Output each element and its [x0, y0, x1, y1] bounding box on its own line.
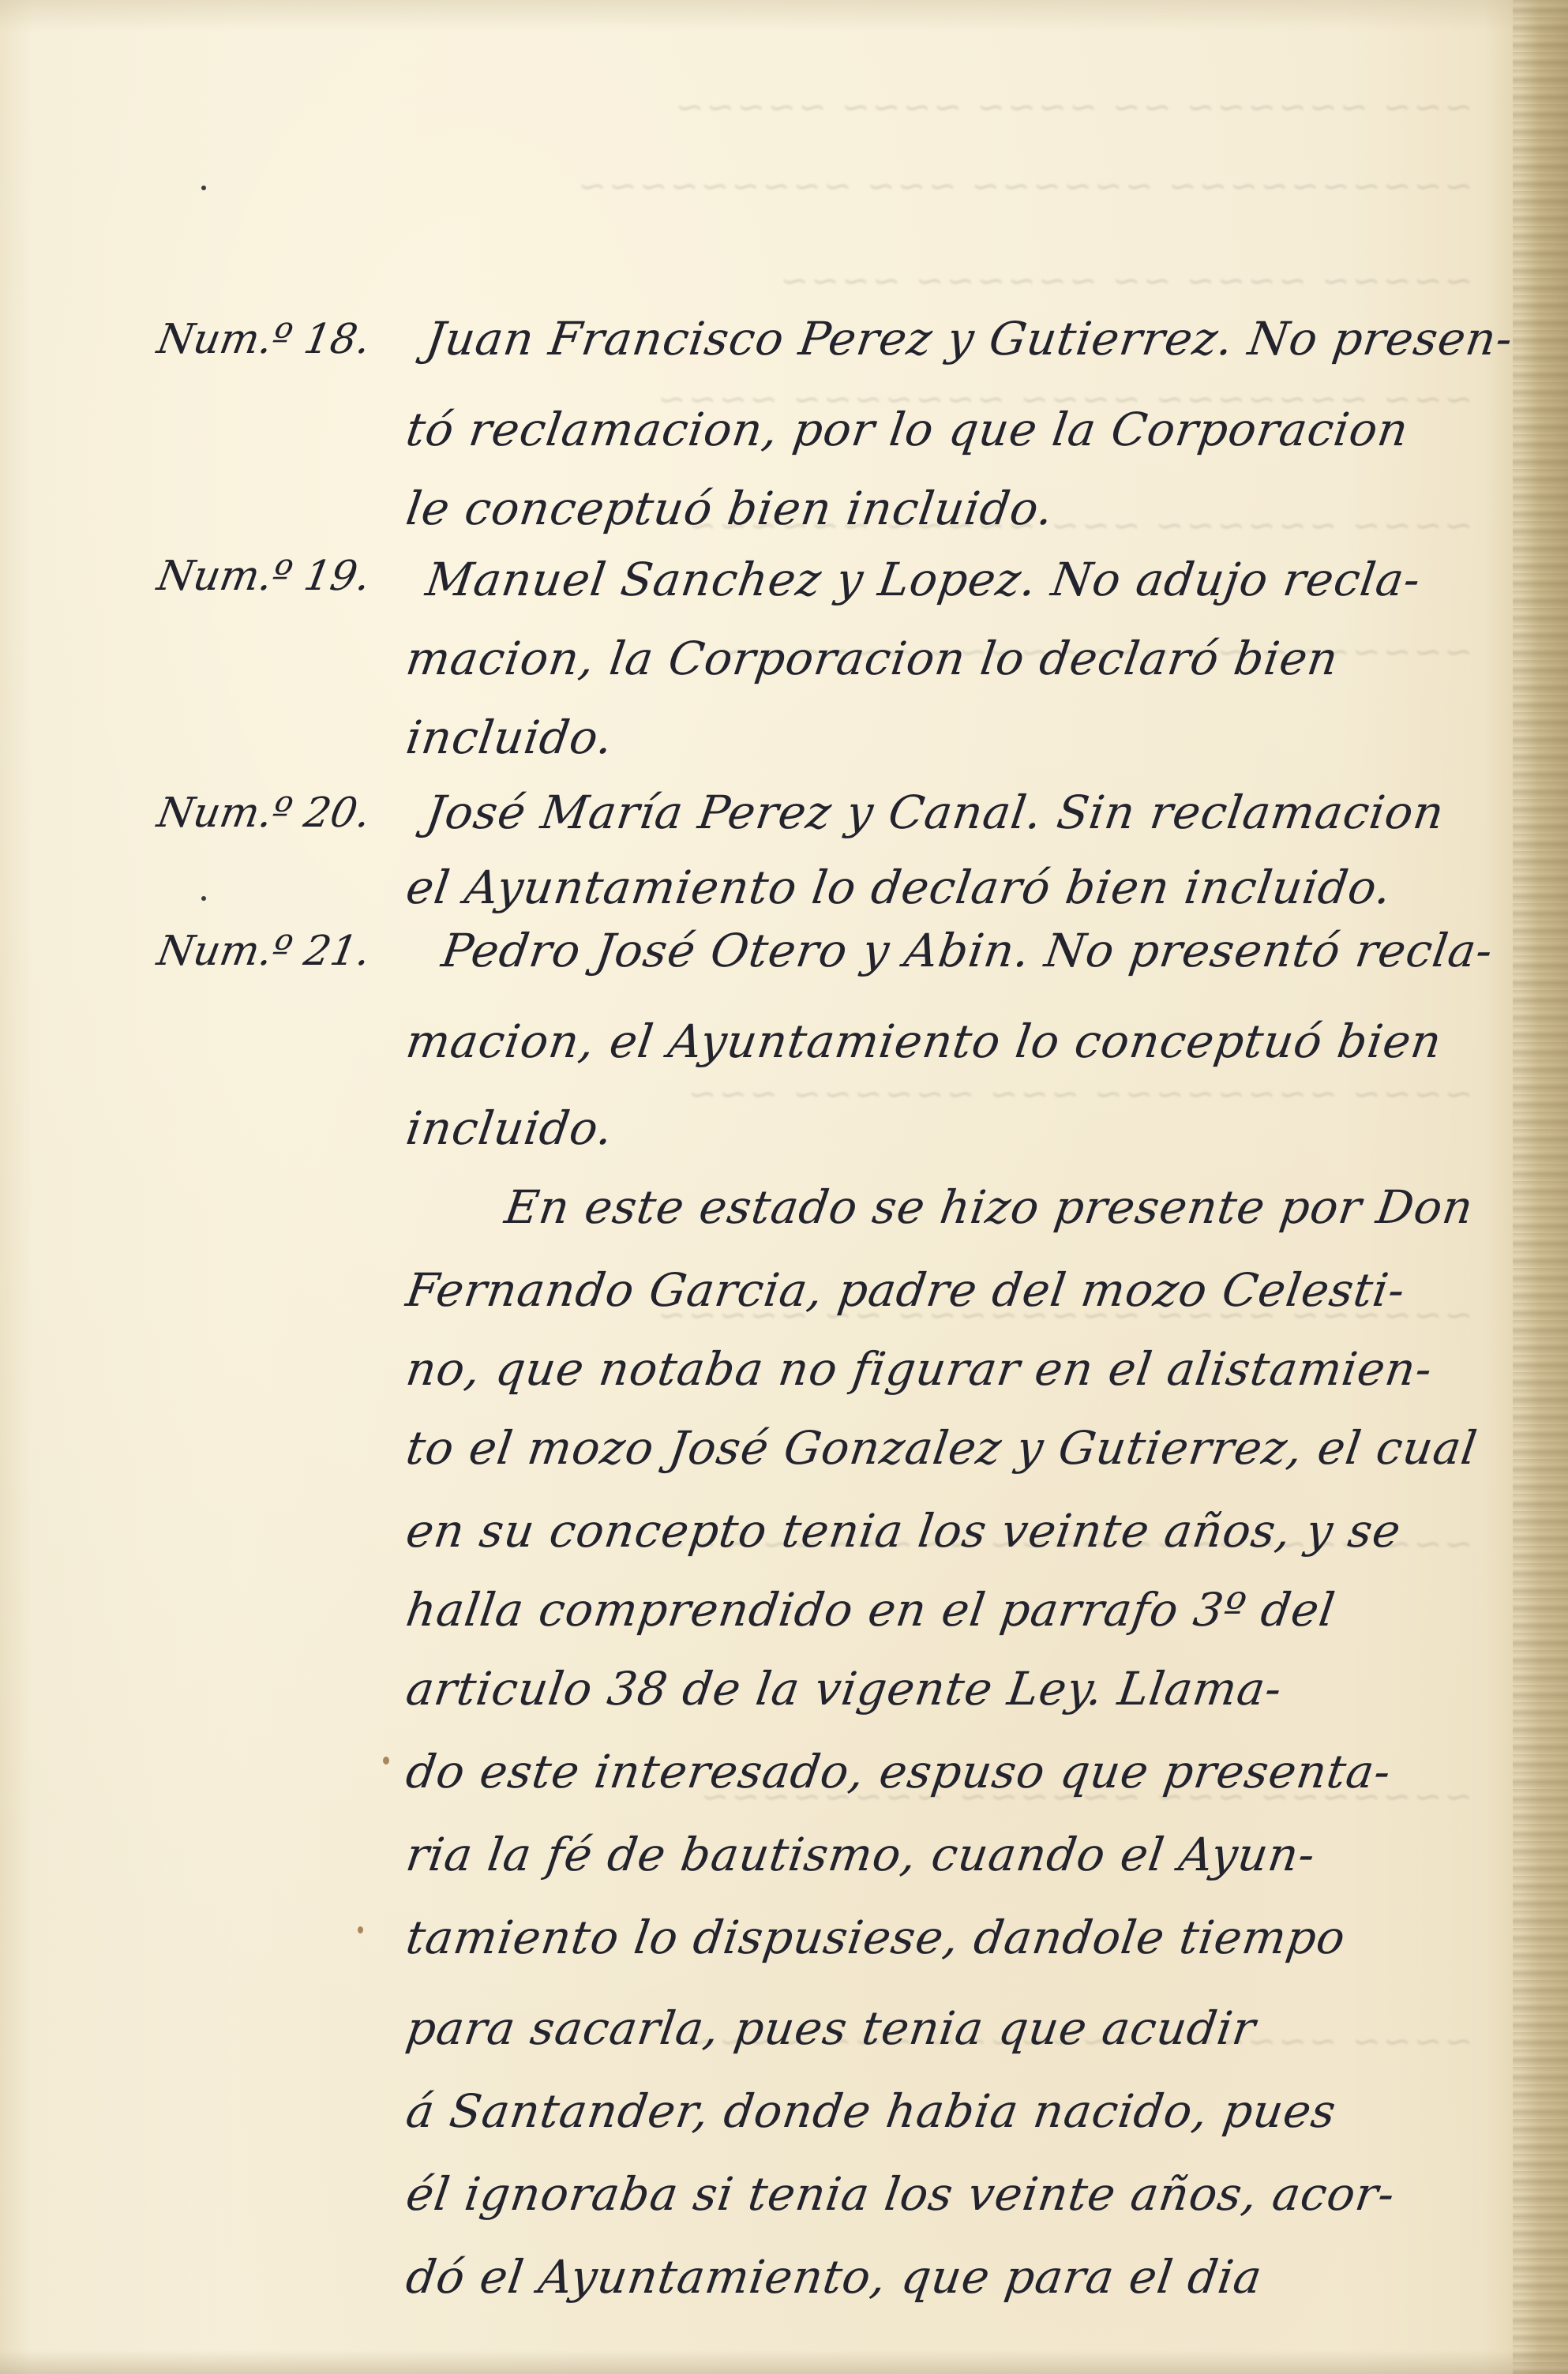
paragraph-line-13: él ignoraba si tenia los veinte años, ac… [403, 2167, 1398, 2221]
entry-number-18: Num.º 18. [154, 316, 374, 363]
paper-speck [201, 896, 206, 901]
entry-19-line-1: Manuel Sanchez y Lopez. No adujo recla- [422, 553, 1424, 606]
bleed-through: ~~~ ~~~~~~ ~~ ~~~~ ~~~~ ~~~~~ [28, 87, 1478, 127]
entry-19-line-3: incluido. [403, 711, 617, 764]
bleed-through: ~~~~ ~~~~~~~~ ~~~ ~~~~~~ ~~~ [28, 1074, 1478, 1114]
manuscript-page: ~~~ ~~~~~~ ~~ ~~~~ ~~~~ ~~~~~ ~~~~~~~~~~… [0, 0, 1568, 2374]
entry-21-line-3: incluido. [403, 1101, 617, 1155]
paper-stain [358, 1926, 363, 1933]
entry-20-line-1: José María Perez y Canal. Sin reclamacio… [422, 786, 1447, 839]
paragraph-line-9: ria la fé de bautismo, cuando el Ayun- [403, 1828, 1319, 1881]
entry-21-line-2: macion, el Ayuntamiento lo conceptuó bie… [403, 1014, 1445, 1068]
paragraph-line-10: tamiento lo dispusiese, dandole tiempo [403, 1911, 1349, 1964]
entry-number-19: Num.º 19. [154, 553, 374, 600]
paragraph-line-8: do este interesado, espuso que presenta- [403, 1745, 1394, 1798]
entry-number-20: Num.º 20. [154, 789, 374, 837]
paper-stain [383, 1757, 389, 1765]
paragraph-line-7: articulo 38 de la vigente Ley. Llama- [403, 1662, 1285, 1716]
paragraph-line-3: no, que notaba no figurar en el alistami… [403, 1342, 1436, 1396]
paragraph-line-11: para sacarla, pues tenia que acudir [403, 2001, 1259, 2055]
entry-number-21: Num.º 21. [154, 928, 374, 975]
paragraph-line-12: á Santander, donde habia nacido, pues [403, 2084, 1340, 2138]
paragraph-line-6: halla comprendido en el parrafo 3º del [403, 1583, 1338, 1637]
paragraph-line-4: to el mozo José Gonzalez y Gutierrez, el… [403, 1421, 1480, 1475]
paragraph-line-14: dó el Ayuntamiento, que para el dia [403, 2250, 1266, 2304]
page-edge [1513, 0, 1568, 2374]
paragraph-line-1: En este estado se hizo presente por Don [501, 1180, 1476, 1234]
paper-speck [201, 186, 206, 190]
page-top-shadow [0, 0, 1568, 32]
paragraph-line-2: Fernando Garcia, padre del mozo Celesti- [403, 1263, 1409, 1317]
entry-18-line-2: tó reclamacion, por lo que la Corporacio… [403, 403, 1412, 456]
entry-18-line-3: le conceptuó bien incluido. [403, 482, 1057, 535]
entry-19-line-2: macion, la Corporacion lo declaró bien [403, 632, 1341, 685]
page-bottom-shadow [0, 2350, 1568, 2374]
entry-18-line-1: Juan Francisco Perez y Gutierrez. No pre… [422, 312, 1516, 366]
paragraph-line-5: en su concepto tenia los veinte años, y … [403, 1504, 1405, 1558]
bleed-through: ~~~~~ ~~~~ ~~ ~~~~~~ ~~~~ [28, 261, 1478, 301]
entry-21-line-1: Pedro José Otero y Abin. No presentó rec… [438, 924, 1496, 977]
bleed-through: ~~~~~~~~~~ ~~~~~~ ~~~ ~~~~~~~~~ [28, 166, 1478, 206]
entry-20-line-2: el Ayuntamiento lo declaró bien incluido… [403, 861, 1395, 914]
